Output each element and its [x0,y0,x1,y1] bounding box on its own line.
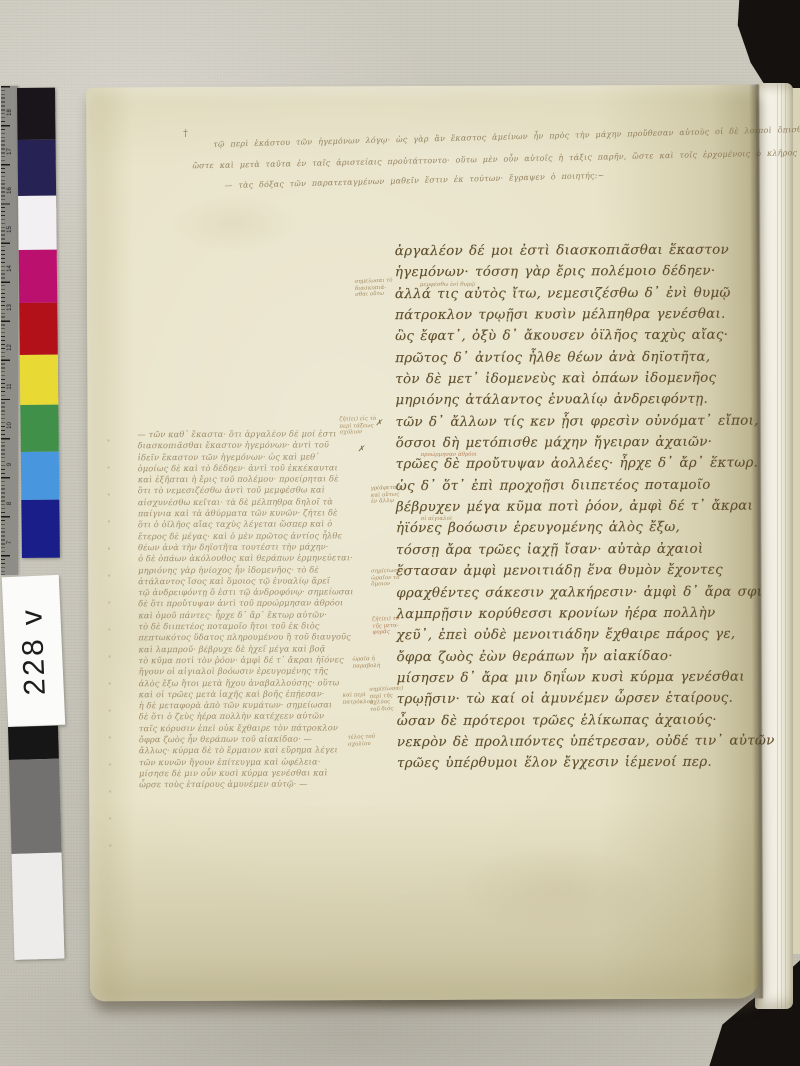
main-text-line: πρῶτος δ᾽ ἀντίος ἦλθε θέων ἀνὰ δηϊοτῆτα, [395,349,729,372]
main-text-line: φραχθέντες σάκεσιν χαλκήρεσιν· ἀμφὶ δ᾽ ἄ… [396,584,730,607]
margin-gloss-cluster: σημ(είωσαι)περὶ τῆςἀχλύοςτοῦ διός [369,685,404,713]
main-text-line: μίσησεν δ᾽ ἄρα μιν δηΐων κυσὶ κύρμα γενέ… [397,670,731,693]
margin-gloss-cluster: ζήτ(ει) τὸτῆς μετα-φορᾶς [372,616,400,637]
main-text-line: ἠϊόνες βοόωσιν ἐρευγομένης ἁλὸς ἔξω, [396,520,730,543]
main-text-line: ὄφρα ζωὸς ἐὼν θεράπων ἦν αἰακίδαο· [396,648,730,671]
color-patch [19,303,58,355]
folio-label-text: 228 v [15,606,53,696]
folio-label: 228 v [2,575,65,727]
color-patch [21,500,60,558]
gloss-line: ἐν ἄλλῳ [371,498,401,506]
main-text-line: ὣς ἔφατ᾽, ὀξὺ δ᾽ ἄκουσεν ὀϊλῆος ταχὺς αἴ… [395,328,729,351]
main-text-line: τρῳῇσιν· τὼ καί οἱ ἀμυνέμεν ὦρσεν ἑταίρο… [397,691,731,714]
gloss-line: προώρμησαν ἀθρόοι [421,452,477,459]
margin-speck-marks [108,439,112,869]
color-patch [18,196,57,250]
color-patch [19,250,58,303]
main-text-line: ὡς δ᾽ ὅτ᾽ ἐπὶ προχοῇσι διιπετέος ποταμοῖ… [396,477,730,500]
lower-gray-scale [8,726,64,960]
margin-gloss-cluster: καὶ περὶπατρόκλου [343,692,374,706]
main-text-line: ἕστασαν ἀμφὶ μενοιτιάδῃ ἕνα θυμὸν ἔχοντε… [396,563,730,586]
main-text-line: χεῦ᾽, ἐπεὶ οὐδὲ μενοιτιάδην ἔχθαιρε πάρο… [396,627,730,650]
header-annotation-line: — τὰς δόξας τῶν παρατεταγμένων μαθεῖν ἔσ… [224,171,604,190]
margin-gloss-cluster: προώρμησαν ἀθρόοι [421,452,477,459]
header-annotation-line: τῷ περὶ ἑκάστου τῶν ἡγεμόνων λόγῳ· ὡς γὰ… [213,123,800,149]
gloss-line: σημ(είωσαι) [371,568,405,575]
scale-ruler: 18 17 16 15 14 13 12 11 10 9 8 7 [1,86,18,575]
color-patch [17,88,56,140]
manuscript-page: † τῷ περὶ ἑκάστου τῶν ἡγεμόνων λόγῳ· ὡς … [86,85,760,1002]
margin-gloss-cluster: ✗ [375,420,382,427]
margin-gloss-cluster: ζήτ(ει) εἰς τὸπερὶ τάξεωςσχόλιον [339,416,376,437]
margin-gloss-cluster: μεμφέσθω ἐνὶ θυμῷ [420,282,510,289]
gloss-line: σχόλιον [340,429,377,436]
margin-gloss-cluster: τέλος τοῦσχολίου [348,734,376,748]
scholia-line: ὦρσε τοὺς ἑταίρους ἀμυνέμεν αὐτῷ· — [139,778,407,790]
color-patch [20,405,58,452]
margin-gloss-cluster: ὡραῖα ἡπαραβολὴ [352,656,380,670]
gray-scale-patch [9,759,62,854]
main-text-line: τῶν δ᾽ ἄλλων τίς κεν ᾗσι φρεσὶν οὐνόματ᾽… [395,413,729,436]
margin-glosses: σημείωσαι τὸδιασκοπιᾶ-σθαι οὕτω ζήτ(ει) … [86,85,756,88]
main-text-column: ἀργαλέον δέ μοι ἐστὶ διασκοπιᾶσθαι ἕκαστ… [395,243,731,778]
header-cross-mark: † [183,129,188,139]
margin-gloss-cluster: ✗ [358,446,365,453]
main-text-line: τόσσῃ ἄρα τρῶες ἰαχῇ ἴσαν· αὐτὰρ ἀχαιοὶ [396,541,730,564]
color-calibration-scale [17,88,60,558]
main-text-line: τρῶες ὑπέρθυμοι ἕλον ἔγχεσιν ἱέμενοί περ… [397,755,731,778]
header-annotation-line: ὥστε καὶ μετὰ ταῦτα ἐν ταῖς ἀριστείαις π… [192,145,800,170]
main-text-line: ἀργαλέον δέ μοι ἐστὶ διασκοπιᾶσθαι ἕκαστ… [395,243,729,266]
digitization-photograph: † τῷ περὶ ἑκάστου τῶν ἡγεμόνων λόγῳ· ὡς … [0,0,800,1066]
main-text-line: ὦσαν δὲ πρότεροι τρῶες ἑλίκωπας ἀχαιούς· [397,712,731,735]
gloss-line: παραβολὴ [353,663,381,670]
margin-gloss-cluster: γρ(άφεται)καὶ οὕτωςἐν ἄλλῳ [370,485,401,506]
gloss-line: μεμφέσθω ἐνὶ θυμῷ [420,282,510,289]
gloss-line: σχολίου [348,740,376,748]
gloss-line: φορᾶς [373,629,400,637]
color-patch [20,355,59,405]
gloss-line: ✗ [358,446,365,453]
gloss-line: πατρόκλου [343,699,374,706]
header-annotation: τῷ περὶ ἑκάστου τῶν ἡγεμόνων λόγῳ· ὡς γὰ… [86,85,756,88]
margin-gloss-cluster: οἱ αἰγιαλοὶ [421,516,452,523]
gray-scale-patch [8,726,59,760]
main-text-line: νεκρὸν δὲ προλιπόντες ὑπέτρεσαν, οὐδέ τι… [397,734,731,757]
main-text-line: ἀλλά τις αὐτὸς ἴτω, νεμεσιζέσθω δ᾽ ἐνὶ θ… [395,285,729,308]
gloss-line: ὅμοιον [371,581,405,588]
margin-gloss-cluster: σημείωσαι τὸδιασκοπιᾶ-σθαι οὕτω [355,277,394,298]
gloss-line: ✗ [375,420,382,427]
gloss-line: τοῦ διός [370,705,404,713]
gloss-line: οἱ αἰγιαλοὶ [421,516,452,523]
color-patch [21,452,60,500]
main-text-line: πάτροκλον τρῳῇσι κυσὶν μέλπηθρα γενέσθαι… [395,307,729,330]
main-text-line: μηριόνης ἀτάλαντος ἐνυαλίῳ ἀνδρειφόντῃ. [395,392,729,415]
margin-gloss-cluster: σημ(είωσαι)ὡραῖον τὸὅμοιον [371,568,406,589]
gloss-line: σθαι οὕτω [355,291,393,299]
color-patch [18,140,57,196]
main-text-line: τρῶες δὲ προὔτυψαν ἀολλέες· ἦρχε δ᾽ ἄρ᾽ … [396,456,730,479]
gray-scale-patch [12,853,65,960]
main-text-line: τὸν δὲ μετ᾽ ἰδομενεὺς καὶ ὀπάων ἰδομενῆο… [395,371,729,394]
main-text-line: λαμπρῇσιν κορύθεσσι κρονίων ἠέρα πολλὴν [396,606,730,629]
